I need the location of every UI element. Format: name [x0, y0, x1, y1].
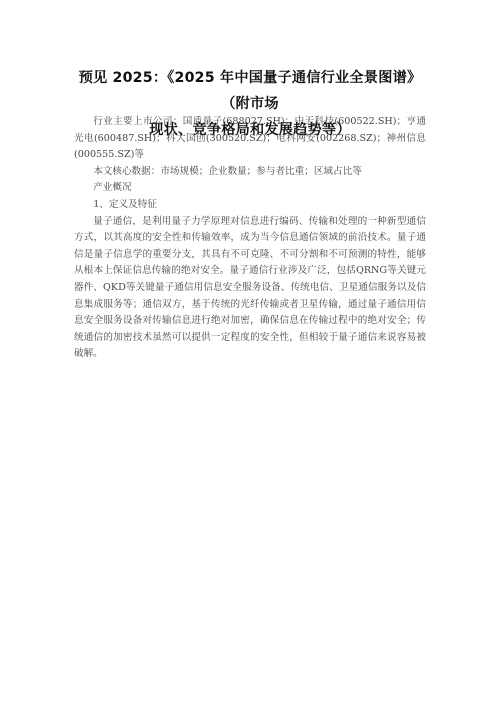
definition-paragraph: 量子通信，是利用量子力学原理对信息进行编码、传输和处理的一种新型通信方式，以其高…: [74, 214, 426, 363]
section-heading: 产业概况: [74, 180, 426, 197]
subsection-heading: 1、定义及特征: [74, 197, 426, 214]
core-data-paragraph: 本文核心数据：市场规模；企业数量；参与者比重；区域占比等: [74, 164, 426, 181]
listed-companies-paragraph: 行业主要上市公司：国盾量子(688027.SH)；中天科技(600522.SH)…: [74, 114, 426, 164]
document-body: 行业主要上市公司：国盾量子(688027.SH)；中天科技(600522.SH)…: [74, 114, 426, 363]
title-line-1: 预见 2025：《2025 年中国量子通信行业全景图谱》（附市场: [70, 65, 430, 117]
document-page: 预见 2025：《2025 年中国量子通信行业全景图谱》（附市场 现状、竞争格局…: [0, 0, 496, 701]
